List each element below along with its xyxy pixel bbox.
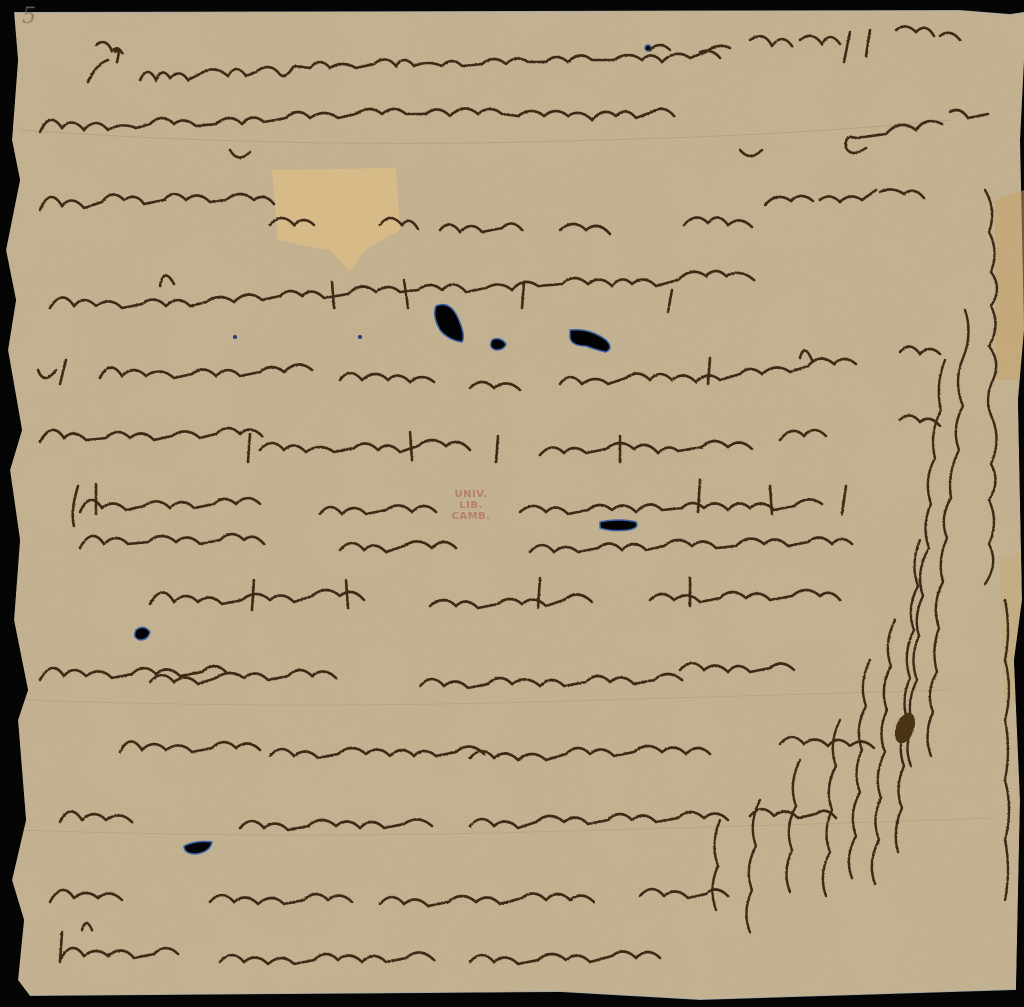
stamp-line-3: CAMB. <box>447 511 495 522</box>
parchment-sheet <box>0 0 1024 1007</box>
stamp-line-1: UNIV. <box>447 489 495 500</box>
stamp-line-2: LIB. <box>447 500 495 511</box>
folio-number: 5 <box>22 4 36 29</box>
library-stamp: UNIV. LIB. CAMB. <box>447 489 495 522</box>
manuscript-page: 5 UNIV. LIB. CAMB. <box>0 0 1024 1007</box>
